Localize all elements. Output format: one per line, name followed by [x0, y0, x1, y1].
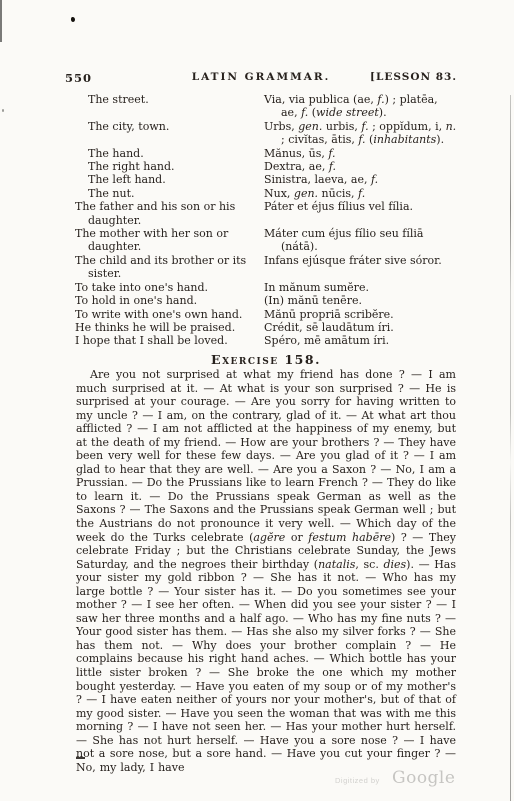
vocab-english: The left hand.	[75, 173, 264, 186]
ink-speck	[71, 17, 75, 22]
vocab-latin: Sinistra, laeva, ae, f.	[264, 173, 457, 186]
watermark-prefix: Digitized by	[335, 776, 380, 785]
vocab-row: The father and his son or his daughter. …	[75, 200, 457, 227]
vocab-english: To take into one's hand.	[75, 281, 264, 294]
vocab-row: The child and its brother or its sister.…	[75, 254, 457, 281]
vocab-latin: Páter et éjus fílius vel fília.	[264, 200, 457, 227]
vocab-english: The hand.	[75, 147, 264, 160]
vocab-row: To take into one's hand. In mănum sumĕre…	[75, 281, 457, 294]
vocab-latin: Mănū propriā scribĕre.	[264, 308, 457, 321]
vocab-row: I hope that I shall be loved. Spéro, mē …	[75, 334, 457, 347]
vocab-row: The hand. Mănus, ūs, f.	[75, 147, 457, 160]
vocab-row: He thinks he will be praised. Crédit, sē…	[75, 321, 457, 334]
vocab-latin: Dextra, ae, f.	[264, 160, 457, 173]
vocab-row: To hold in one's hand. (In) mănū tenēre.	[75, 294, 457, 307]
vocab-row: The right hand. Dextra, ae, f.	[75, 160, 457, 173]
vocab-latin: Nux, gen. nūcis, f.	[264, 187, 457, 200]
vocab-english: The nut.	[75, 187, 264, 200]
vocab-row: The street. Via, via publica (ae, f.) ; …	[75, 93, 457, 120]
vocab-latin: Via, via publica (ae, f.) ; platēa, ae, …	[264, 93, 457, 120]
vocab-latin: Crédit, sē laudātum íri.	[264, 321, 457, 334]
google-watermark: Digitized by Google	[335, 768, 480, 788]
google-logo: Google	[392, 768, 455, 788]
vocab-english: The child and its brother or its sister.	[75, 254, 264, 281]
vocab-english: The father and his son or his daughter.	[75, 200, 264, 227]
scanned-book-page: 550 LATIN GRAMMAR. [LESSON 83. The stree…	[0, 0, 514, 801]
page-header: 550 LATIN GRAMMAR. [LESSON 83.	[65, 71, 457, 85]
vocab-english: The right hand.	[75, 160, 264, 173]
vocab-row: The nut. Nux, gen. nūcis, f.	[75, 187, 457, 200]
vocab-english: I hope that I shall be loved.	[75, 334, 264, 347]
vocab-latin: Mănus, ūs, f.	[264, 147, 457, 160]
vocab-english: To write with one's own hand.	[75, 308, 264, 321]
vocab-english: The street.	[75, 93, 264, 120]
vocab-row: The mother with her son or daughter. Mát…	[75, 227, 457, 254]
vocab-english: The mother with her son or daughter.	[75, 227, 264, 254]
vocab-english: To hold in one's hand.	[75, 294, 264, 307]
vocab-row: The left hand. Sinistra, laeva, ae, f.	[75, 173, 457, 186]
vocab-english: He thinks he will be praised.	[75, 321, 264, 334]
vocab-latin: (In) mănū tenēre.	[264, 294, 457, 307]
vocab-latin: Spéro, mē amātum íri.	[264, 334, 457, 347]
vocab-latin: Urbs, gen. urbis, f. ; oppĭdum, i, n. ; …	[264, 120, 457, 147]
scan-edge-artifact-right	[510, 95, 512, 801]
vocab-latin: In mănum sumĕre.	[264, 281, 457, 294]
exercise-paragraph: Are you not surprised at what my friend …	[76, 368, 456, 774]
vocab-english: The city, town.	[75, 120, 264, 147]
scan-speck-left	[2, 109, 4, 112]
vocab-latin: Máter cum éjus fílio seu fíliā (nátā).	[264, 227, 457, 254]
scan-edge-artifact-left	[0, 0, 2, 42]
vocab-row: The city, town. Urbs, gen. urbis, f. ; o…	[75, 120, 457, 147]
exercise-heading: Exercise 158.	[75, 352, 457, 367]
lesson-heading: [LESSON 83.	[370, 71, 457, 83]
vocab-table: The street. Via, via publica (ae, f.) ; …	[75, 93, 457, 348]
vocab-row: To write with one's own hand. Mănū propr…	[75, 308, 457, 321]
vocab-latin: Infans ejúsque fráter sive sóror.	[264, 254, 457, 281]
margin-dash-artifact	[76, 757, 85, 759]
